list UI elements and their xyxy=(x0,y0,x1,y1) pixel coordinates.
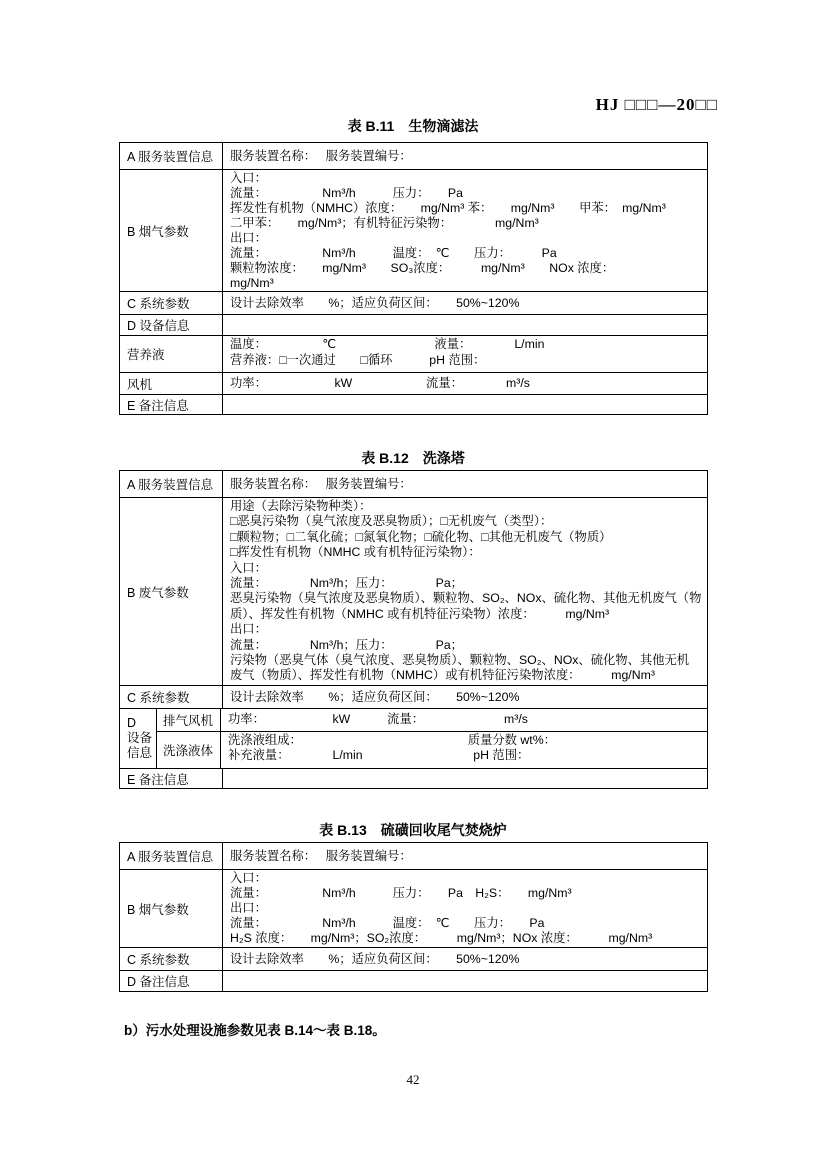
table-row-equipment: D 设备 信息 排气风机 功率： kW 流量： m³/s 洗涤液体 洗涤液组成： xyxy=(120,708,707,768)
table-row: D 设备信息 xyxy=(120,314,707,335)
cell-text: 信息 xyxy=(127,746,156,761)
cell-text: 颗粒物浓度： mg/Nm³ SO₃浓度： mg/Nm³ NOx 浓度： xyxy=(230,261,705,276)
cell-text: 设计去除效率 %；适应负荷区间： 50%~120% xyxy=(230,690,519,705)
table-b12: A 服务装置信息 服务装置名称： 服务装置编号： B 废气参数 用途（去除污染物… xyxy=(119,470,708,789)
row-content: 服务装置名称： 服务装置编号： xyxy=(223,471,707,497)
cell-text: mg/Nm³ xyxy=(230,276,705,291)
document-page: HJ □□□—20□□ 表 B.11 生物滴滤法 A 服务装置信息 服务装置名称… xyxy=(0,0,826,1169)
cell-text: 服务装置名称： 服务装置编号： xyxy=(230,849,412,864)
cell-text: 废气（物质）、挥发性有机物（NMHC）或有机特征污染物浓度： mg/Nm³ xyxy=(230,668,705,683)
table-b11-title: 表 B.11 生物滴滤法 xyxy=(0,116,826,136)
standard-number-header: HJ □□□—20□□ xyxy=(596,95,718,115)
table-row: E 备注信息 xyxy=(120,768,707,788)
cell-text: 入口： xyxy=(230,871,705,886)
table-row: 营养液 温度： ℃ 液量： L/min 营养液：□一次通过 □循环 pH 范围： xyxy=(120,335,707,372)
table-b13-title: 表 B.13 硫磺回收尾气焚烧炉 xyxy=(0,820,826,840)
row-content: 服务装置名称： 服务装置编号： xyxy=(223,143,707,169)
row-label: B 烟气参数 xyxy=(120,170,223,291)
row-content: 设计去除效率 %；适应负荷区间： 50%~120% xyxy=(223,948,707,970)
cell-text: 流量： Nm³/h 温度： ℃ 压力： Pa xyxy=(230,916,705,931)
table-b11: A 服务装置信息 服务装置名称： 服务装置编号： B 烟气参数 入口： 流量： … xyxy=(119,142,708,415)
row-content: 功率： kW 流量： m³/s xyxy=(221,709,707,731)
table-row: A 服务装置信息 服务装置名称： 服务装置编号： xyxy=(120,471,707,497)
table-row: E 备注信息 xyxy=(120,394,707,414)
cell-text: D xyxy=(127,716,156,731)
page-number: 42 xyxy=(0,1072,826,1088)
subrow-exhaust-fan: 排气风机 功率： kW 流量： m³/s xyxy=(157,709,707,731)
cell-text: 污染物（恶臭气体（臭气浓度、恶臭物质）、颗粒物、SO₂、NOx、硫化物、其他无机 xyxy=(230,653,705,668)
cell-text: 流量： Nm³/h；压力： Pa； xyxy=(230,576,705,591)
subrow-label: 洗涤液体 xyxy=(157,732,221,768)
row-label: C 系统参数 xyxy=(120,292,223,314)
cell-text: □挥发性有机物（NMHC 或有机特征污染物）： xyxy=(230,545,705,560)
table-row: B 烟气参数 入口： 流量： Nm³/h 压力： Pa H₂S： mg/Nm³ … xyxy=(120,869,707,947)
cell-text: 补充液量： L/min pH 范围： xyxy=(228,748,705,764)
table-row: C 系统参数 设计去除效率 %；适应负荷区间： 50%~120% xyxy=(120,291,707,314)
table-row: B 烟气参数 入口： 流量： Nm³/h 压力： Pa 挥发性有机物（NMHC）… xyxy=(120,169,707,291)
row-label: D 备注信息 xyxy=(120,971,223,991)
cell-text: 二甲苯： mg/Nm³；有机特征污染物： mg/Nm³ xyxy=(230,216,705,231)
table-b13: A 服务装置信息 服务装置名称： 服务装置编号： B 烟气参数 入口： 流量： … xyxy=(119,842,708,992)
row-content xyxy=(223,769,707,788)
row-content: 设计去除效率 %；适应负荷区间： 50%~120% xyxy=(223,686,707,708)
row-label: A 服务装置信息 xyxy=(120,843,223,869)
table-row: C 系统参数 设计去除效率 %；适应负荷区间： 50%~120% xyxy=(120,947,707,970)
cell-text: 出口： xyxy=(230,231,705,246)
row-label: D 设备 信息 xyxy=(120,709,157,768)
note-b-paragraph: b）污水处理设施参数见表 B.14～表 B.18。 xyxy=(124,1019,386,1039)
row-content xyxy=(223,395,707,414)
cell-text: 流量： Nm³/h；压力： Pa； xyxy=(230,638,705,653)
row-content: 服务装置名称： 服务装置编号： xyxy=(223,843,707,869)
table-row: C 系统参数 设计去除效率 %；适应负荷区间： 50%~120% xyxy=(120,685,707,708)
row-label: C 系统参数 xyxy=(120,948,223,970)
row-label: 营养液 xyxy=(120,336,223,372)
table-row: 风机 功率： kW 流量： m³/s xyxy=(120,372,707,394)
cell-text: 入口： xyxy=(230,561,705,576)
row-label: E 备注信息 xyxy=(120,769,223,788)
cell-text: 流量： Nm³/h 压力： Pa H₂S： mg/Nm³ xyxy=(230,886,705,901)
cell-text: 功率： kW 流量： m³/s xyxy=(230,376,530,391)
row-label: B 废气参数 xyxy=(120,498,223,685)
cell-text: 功率： kW 流量： m³/s xyxy=(228,712,528,727)
row-label: 风机 xyxy=(120,373,223,394)
cell-text: 服务装置名称： 服务装置编号： xyxy=(230,149,412,164)
equipment-subrows: 排气风机 功率： kW 流量： m³/s 洗涤液体 洗涤液组成： 质量分数 wt… xyxy=(157,709,707,768)
row-content: 功率： kW 流量： m³/s xyxy=(223,373,707,394)
table-row: A 服务装置信息 服务装置名称： 服务装置编号： xyxy=(120,143,707,169)
table-row: D 备注信息 xyxy=(120,970,707,991)
row-content: 设计去除效率 %；适应负荷区间： 50%~120% xyxy=(223,292,707,314)
row-content: 入口： 流量： Nm³/h 压力： Pa H₂S： mg/Nm³ 出口： 流量：… xyxy=(223,870,707,947)
cell-text: 温度： ℃ 液量： L/min xyxy=(230,337,705,353)
cell-text: 洗涤液组成： 质量分数 wt%： xyxy=(228,733,705,749)
row-label: D 设备信息 xyxy=(120,315,223,335)
table-row: A 服务装置信息 服务装置名称： 服务装置编号： xyxy=(120,843,707,869)
cell-text: 设计去除效率 %；适应负荷区间： 50%~120% xyxy=(230,952,519,967)
row-content xyxy=(223,971,707,991)
cell-text: 流量： Nm³/h 压力： Pa xyxy=(230,186,705,201)
row-content: 洗涤液组成： 质量分数 wt%： 补充液量： L/min pH 范围： xyxy=(221,732,707,768)
row-content: 温度： ℃ 液量： L/min 营养液：□一次通过 □循环 pH 范围： xyxy=(223,336,707,372)
cell-text: 入口： xyxy=(230,171,705,186)
cell-text: 服务装置名称： 服务装置编号： xyxy=(230,477,412,492)
cell-text: □颗粒物；□二氧化硫；□氮氧化物；□硫化物、□其他无机废气（物质） xyxy=(230,530,705,545)
table-row: B 废气参数 用途（去除污染物种类）： □恶臭污染物（臭气浓度及恶臭物质）；□无… xyxy=(120,497,707,685)
cell-text: 质）、挥发性有机物（NMHC 或有机特征污染物）浓度： mg/Nm³ xyxy=(230,607,705,622)
cell-text: 恶臭污染物（臭气浓度及恶臭物质）、颗粒物、SO₂、NOx、硫化物、其他无机废气（… xyxy=(230,591,705,606)
row-label: E 备注信息 xyxy=(120,395,223,414)
cell-text: 设备 xyxy=(127,731,156,746)
subrow-washing-liquid: 洗涤液体 洗涤液组成： 质量分数 wt%： 补充液量： L/min pH 范围： xyxy=(157,731,707,768)
cell-text: 设计去除效率 %；适应负荷区间： 50%~120% xyxy=(230,296,519,311)
row-content xyxy=(223,315,707,335)
cell-text: 流量： Nm³/h 温度： ℃ 压力： Pa xyxy=(230,246,705,261)
row-label: A 服务装置信息 xyxy=(120,143,223,169)
cell-text: 营养液：□一次通过 □循环 pH 范围： xyxy=(230,353,705,369)
subrow-label: 排气风机 xyxy=(157,709,221,731)
cell-text: □恶臭污染物（臭气浓度及恶臭物质）；□无机废气（类型）： xyxy=(230,514,705,529)
row-label: C 系统参数 xyxy=(120,686,223,708)
cell-text: 出口： xyxy=(230,622,705,637)
row-content: 入口： 流量： Nm³/h 压力： Pa 挥发性有机物（NMHC）浓度： mg/… xyxy=(223,170,707,291)
row-label: B 烟气参数 xyxy=(120,870,223,947)
row-content: 用途（去除污染物种类）： □恶臭污染物（臭气浓度及恶臭物质）；□无机废气（类型）… xyxy=(223,498,707,685)
row-label: A 服务装置信息 xyxy=(120,471,223,497)
cell-text: 出口： xyxy=(230,901,705,916)
table-b12-title: 表 B.12 洗涤塔 xyxy=(0,448,826,468)
cell-text: 用途（去除污染物种类）： xyxy=(230,499,705,514)
cell-text: 挥发性有机物（NMHC）浓度： mg/Nm³ 苯： mg/Nm³ 甲苯： mg/… xyxy=(230,201,705,216)
cell-text: H₂S 浓度： mg/Nm³；SO₂浓度： mg/Nm³；NOx 浓度： mg/… xyxy=(230,931,705,946)
